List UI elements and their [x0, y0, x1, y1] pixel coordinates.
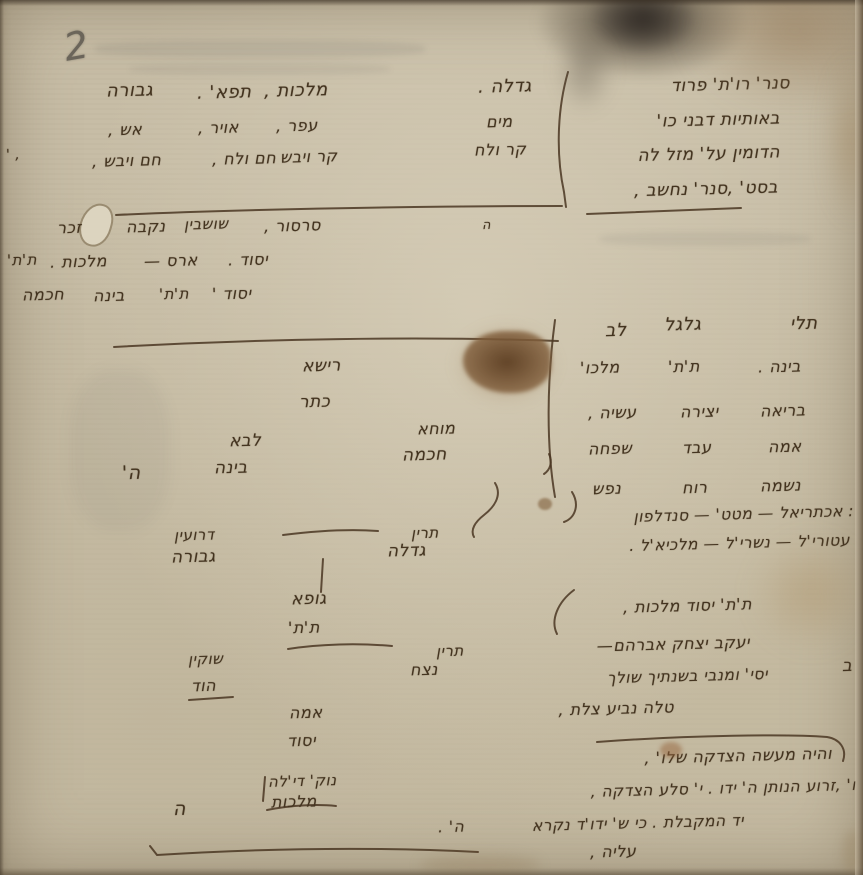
diagram-letter-he: ה' [122, 462, 141, 484]
paragraph-line: עליה , [590, 841, 637, 861]
diagram-tiferet-label: ת'ת' [288, 618, 320, 638]
diagram-body-label: גופא [291, 589, 327, 610]
diagram-member-label: אמה [289, 703, 323, 723]
table-cell: ת'ת' [159, 285, 189, 304]
corner-faint-stain [843, 830, 863, 875]
bottom-faint-stain [420, 855, 540, 875]
table-cell-quality: חם ולח , [212, 148, 277, 169]
paragraph-line: באותיות דבני כו' [585, 108, 780, 133]
table-cell-element: אש , [108, 120, 143, 140]
diagram-binah-label: בינה [214, 458, 248, 479]
diagram-gedulah-label: גדלה [387, 540, 427, 561]
table-cell: סרסור , [264, 215, 321, 235]
teli-cell: בינה . [758, 356, 801, 376]
legs-rule [288, 644, 392, 649]
teli-cell: יצירה [680, 401, 719, 421]
table-cell: בינה [93, 286, 125, 306]
paragraph-line: ו' ,זרוע הנותן ה' ידו . י' סלע הצדקה , [468, 776, 856, 804]
teli-cell: עשיה , [588, 402, 637, 422]
diagram-nezach-label: נצח [410, 660, 438, 680]
arms-rule [283, 530, 378, 535]
table-cell: יסוד ' [212, 283, 252, 303]
table-cell: חכמה [22, 284, 65, 304]
diagram-arm-label: דרועין [174, 525, 215, 544]
right-faint-stain [750, 535, 863, 650]
manuscript-page: 2 גדלה . מים קר ולח מלכות , עפר , קר ויב… [0, 0, 863, 875]
vav-stroke [321, 559, 323, 592]
paragraph-line: טלה נביע צלת , [548, 697, 674, 719]
table-cell: זכר [57, 218, 82, 238]
teli-block-divider-line [549, 320, 555, 497]
teli-cell: שפחה [588, 438, 633, 458]
margin-mark: ה [482, 218, 491, 233]
comma-mark-stroke [544, 454, 551, 474]
bottom-rule [150, 846, 478, 855]
teli-cell: תלי [790, 313, 818, 335]
table-cell-sefirah: מלכות , [264, 79, 328, 102]
teli-cell: בריאה [760, 400, 806, 420]
teli-cell: נשמה [760, 475, 802, 495]
folio-number: 2 [60, 22, 91, 70]
top-table-underline [116, 206, 562, 215]
diagram-letter-he: ה [173, 798, 186, 820]
bleedthrough-smudge [130, 63, 390, 75]
bleedthrough-smudge [70, 370, 170, 530]
table-cell-quality: קר ויבש [280, 146, 338, 166]
table-cell: נקבה [126, 216, 166, 236]
table-cell-element: מים [486, 112, 513, 132]
page-edge-left [0, 0, 4, 875]
ink-blot-stain-core [588, 0, 698, 55]
page-edge-bottom [0, 868, 863, 875]
diagram-keter-label: כתר [299, 392, 331, 413]
teli-cell: ת'ת' [668, 357, 700, 377]
paragraph-line: ת'ת' יסוד מלכות , [552, 594, 752, 618]
margin-mark: ה' . [438, 818, 465, 837]
diagram-head-label: רישא [302, 355, 341, 376]
nok-bracket-stroke [263, 777, 265, 801]
table-cell-element: עפר , [276, 115, 318, 135]
paragraph-line: והיה מעשה הצדקה שלו' , [580, 744, 832, 770]
table-cell-sefirah: גבורה [106, 79, 154, 101]
diagram-yesod-label: יסוד [287, 731, 317, 751]
diagram-hod-label: הוד [191, 676, 217, 696]
paragraph-line: יסי' ומנבי בשנתיך שולך [540, 665, 768, 689]
margin-mark: ב [842, 656, 853, 676]
paragraph-line: יעקב יצחק אברהם— [552, 632, 750, 656]
table-cell: יסוד . [228, 249, 269, 269]
page-edge-right [855, 0, 863, 875]
hod-underline [189, 697, 233, 700]
teli-cell: עבד [682, 438, 712, 458]
paragraph-line: סנר' רו'ת' פרוד [575, 73, 790, 99]
ink-blot-stain [535, 0, 750, 80]
table-cell-quality: חם ויבש , [92, 150, 162, 171]
diagram-heart-label: לבא [229, 431, 262, 452]
page-edge-top [0, 0, 863, 6]
paragraph-line: יד המקבלת . כי ש' ידו'ד נקרא [468, 811, 744, 836]
mid-section-rule [114, 339, 558, 347]
edge-water-stain [825, 55, 863, 225]
teli-cell: מלכו' [580, 357, 620, 377]
center-brown-stain-halo [452, 322, 560, 406]
paragraph-line: הדומין על' מזל לה [573, 142, 780, 167]
table-cell-element: אויר , [198, 117, 239, 137]
table-cell: מלכות . [50, 251, 107, 271]
diagram-leg-label: שוקין [188, 650, 224, 669]
small-spot [538, 498, 552, 510]
table-cell-sefirah: גדלה . [478, 75, 532, 97]
table-cell: שושבין [184, 214, 229, 233]
chochmah-flourish [473, 483, 498, 537]
table-cell-sefirah: תפא' . [197, 81, 252, 103]
top-right-divider-line [559, 72, 568, 207]
teli-cell: לב [605, 320, 627, 342]
top-right-paragraph-underline [587, 208, 741, 214]
table-cell: ארס — [144, 250, 198, 270]
angels-line: : אכתריאל — מטט' — סנדלפון [556, 502, 854, 528]
diagram-gevurah-label: גבורה [171, 546, 216, 567]
teli-cell: גלגל [664, 314, 702, 336]
teli-cell: רוח [682, 478, 708, 498]
bleedthrough-smudge [95, 40, 425, 58]
diagram-malchut-label: מלכות [271, 791, 317, 811]
center-brown-stain [463, 331, 551, 393]
bleedthrough-smudge [600, 232, 810, 246]
angels-line: עטורי'ל — נשרי'ל — מלכיא'ל . [562, 531, 850, 557]
smoke-smudge [555, 28, 615, 113]
table-cell: ת'ת' [7, 251, 37, 270]
diagram-chochmah-label: חכמה [402, 444, 447, 465]
teli-cell: אמה [768, 437, 802, 457]
paragraph-line: בסט' ,סנר' נחשב , [581, 177, 778, 202]
teli-cell: נפש [592, 479, 622, 499]
diagram-brain-label: מוחא [417, 419, 456, 439]
diagram-leg-label: תרין [436, 642, 464, 661]
diagram-nukva-label: נוק' די'לה [268, 771, 337, 791]
margin-mark: ' , [6, 147, 21, 163]
table-cell-quality: קר ולח [474, 139, 527, 159]
